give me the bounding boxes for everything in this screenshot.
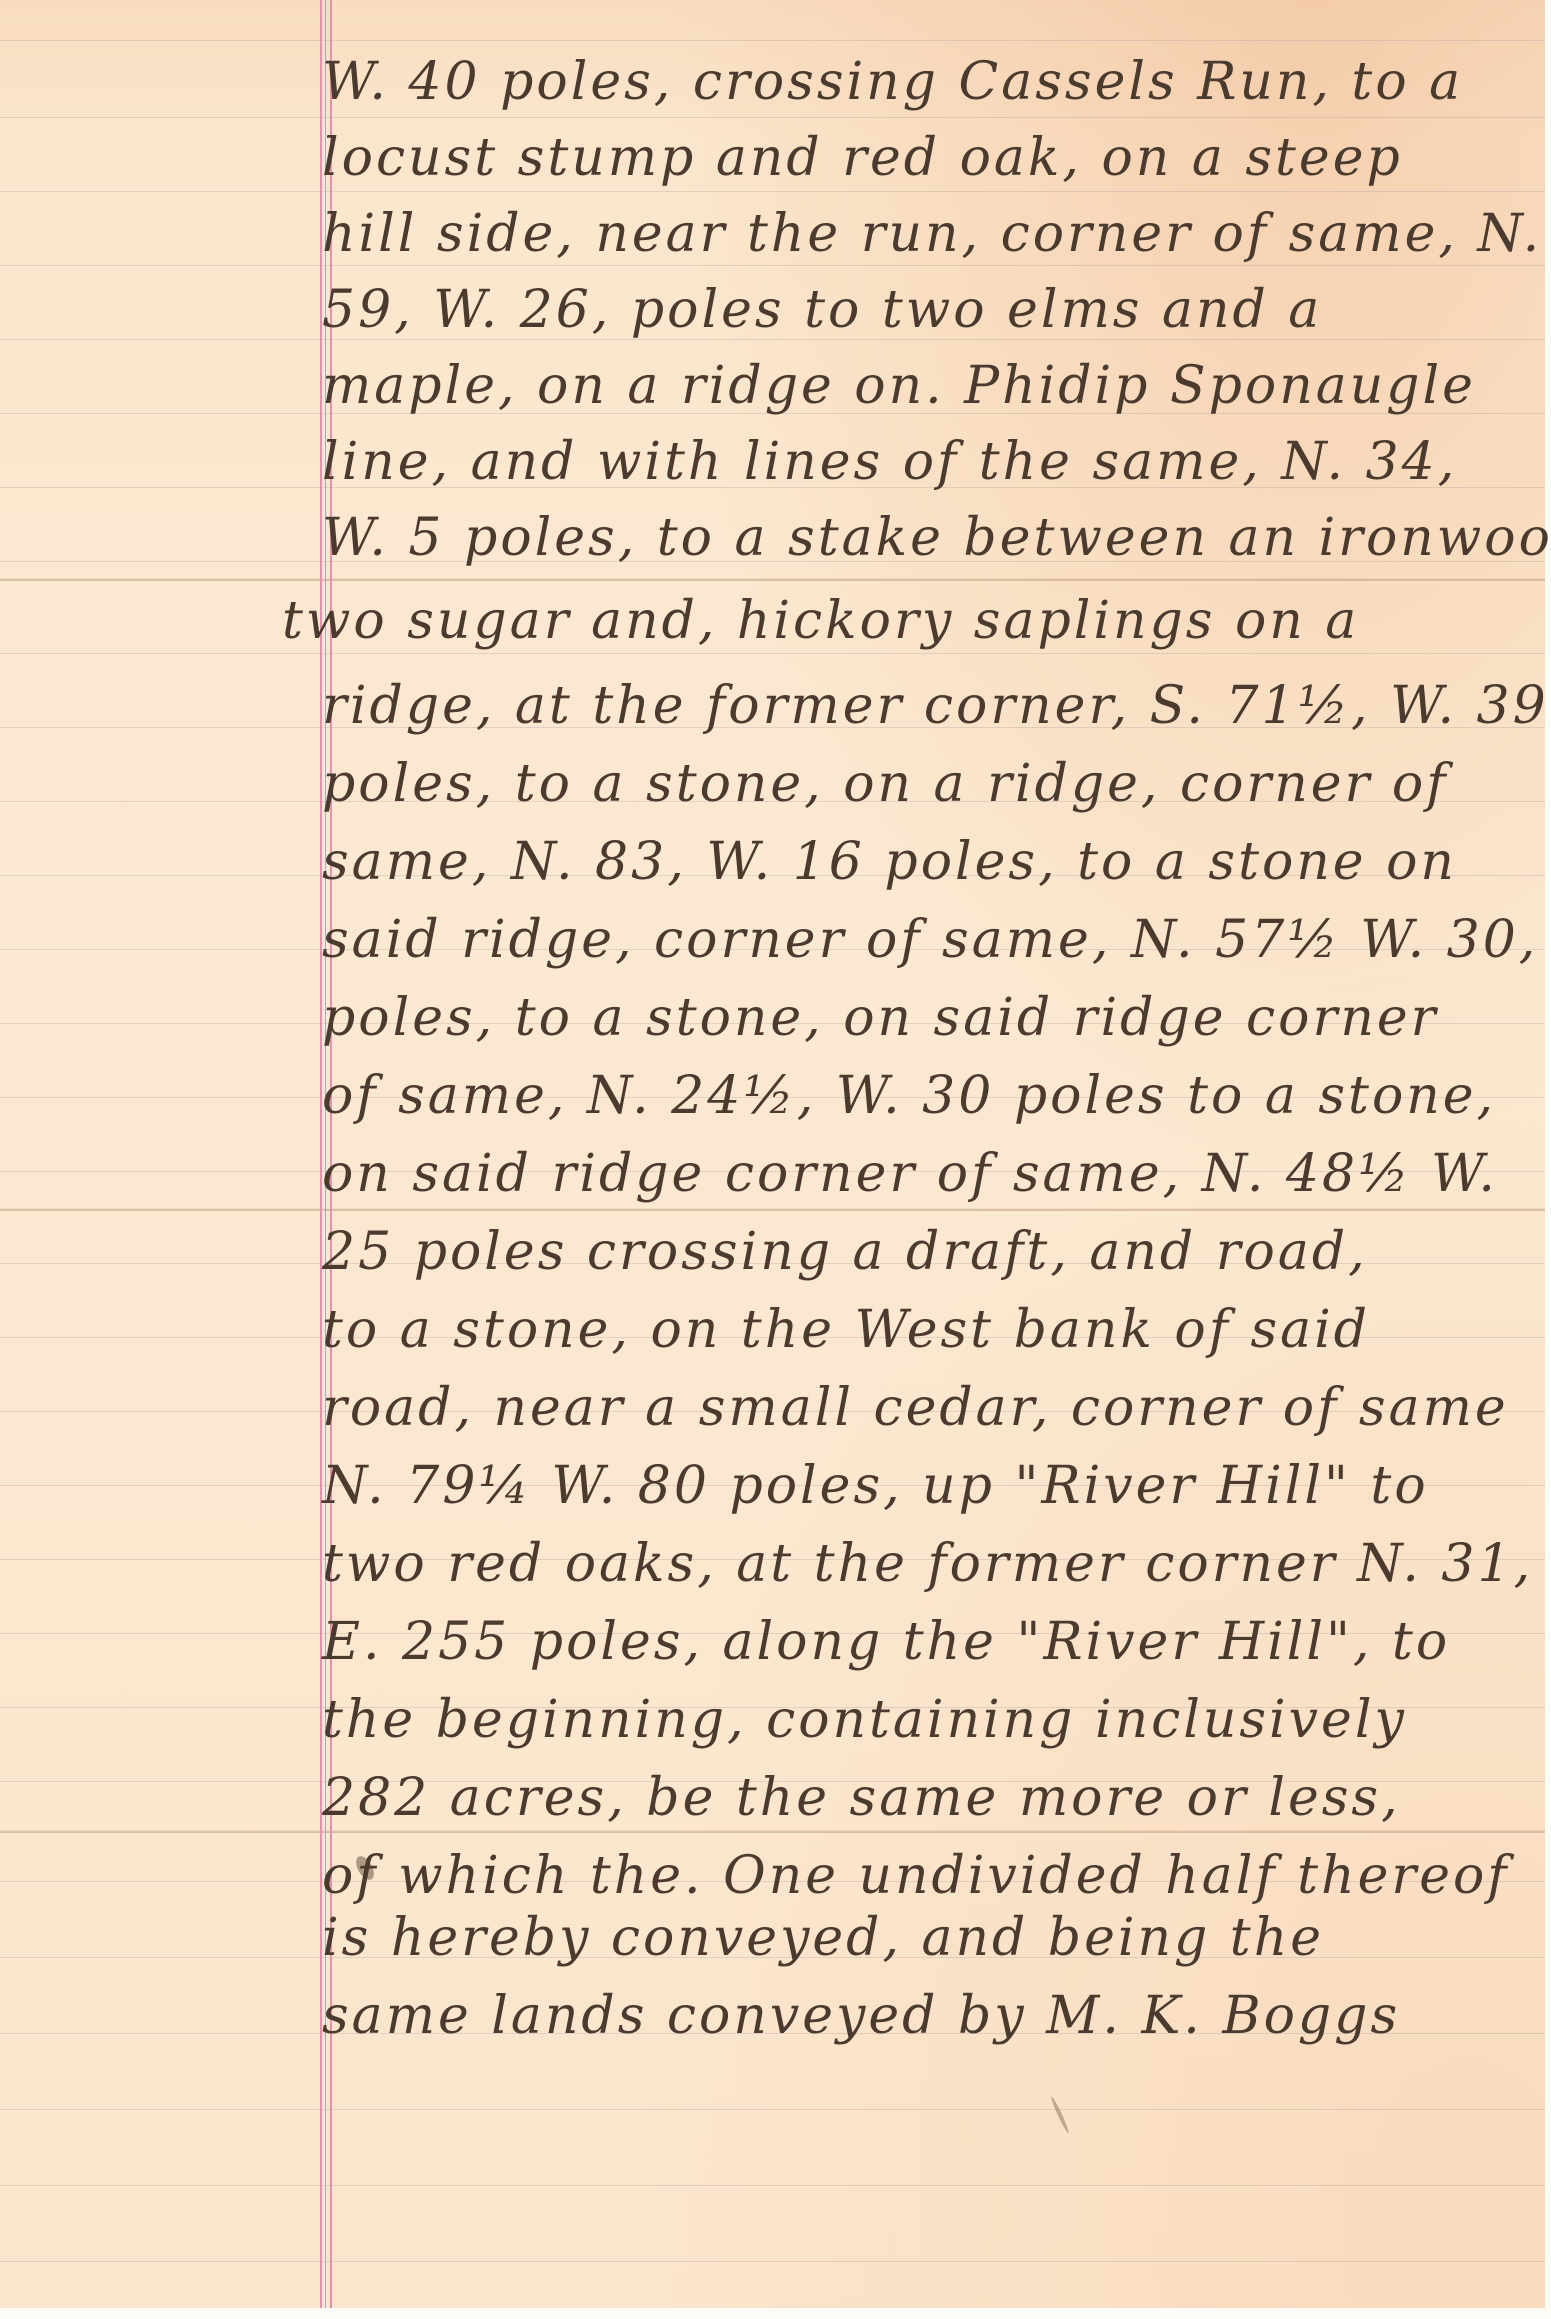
handwritten-line: E. 255 poles, along the "River Hill", to (322, 1616, 1450, 1668)
handwritten-line: 282 acres, be the same more or less, (322, 1772, 1401, 1824)
ruled-line (0, 117, 1545, 118)
fold-crease (0, 1208, 1545, 1213)
handwritten-line: road, near a small cedar, corner of same (322, 1382, 1509, 1434)
handwritten-line: two sugar and, hickory saplings on a (282, 595, 1359, 647)
ruled-line (0, 2261, 1545, 2262)
handwritten-line: 59, W. 26, poles to two elms and a (322, 284, 1322, 336)
ruled-line (0, 40, 1545, 41)
ruled-line (0, 2109, 1545, 2110)
handwritten-line: on said ridge corner of same, N. 48½ W. (322, 1148, 1498, 1200)
handwritten-line: the beginning, containing inclusively (322, 1694, 1407, 1746)
handwritten-line: W. 40 poles, crossing Cassels Run, to a (322, 56, 1463, 108)
ruled-line (0, 265, 1545, 266)
handwritten-line: hill side, near the run, corner of same,… (322, 208, 1542, 260)
handwritten-line: of which the. One undivided half thereof (322, 1850, 1510, 1902)
handwritten-line: to a stone, on the West bank of said (322, 1304, 1370, 1356)
ink-smudge (1050, 2096, 1071, 2134)
handwritten-line: 25 poles crossing a draft, and road, (322, 1226, 1368, 1278)
handwritten-line: of same, N. 24½, W. 30 poles to a stone, (322, 1070, 1496, 1122)
handwritten-line: line, and with lines of the same, N. 34, (322, 436, 1457, 488)
handwritten-line: ridge, at the former corner, S. 71½, W. … (322, 680, 1549, 732)
handwritten-line: N. 79¼ W. 80 poles, up "River Hill" to (322, 1460, 1429, 1512)
ruled-line (0, 191, 1545, 192)
handwritten-line: W. 5 poles, to a stake between an ironwo… (322, 512, 1551, 564)
handwritten-line: is hereby conveyed, and being the (322, 1912, 1324, 1964)
ruled-line (0, 653, 1545, 654)
fold-crease (0, 1830, 1545, 1835)
handwritten-line: maple, on a ridge on. Phidip Sponaugle (322, 360, 1476, 412)
handwritten-line: poles, to a stone, on a ridge, corner of (322, 758, 1448, 810)
handwritten-line: two red oaks, at the former corner N. 31… (322, 1538, 1533, 1590)
handwritten-line: same, N. 83, W. 16 poles, to a stone on (322, 836, 1457, 888)
lined-paper-page: W. 40 poles, crossing Cassels Run, to a … (0, 0, 1545, 2308)
handwritten-line: poles, to a stone, on said ridge corner (322, 992, 1438, 1044)
handwritten-line: said ridge, corner of same, N. 57½ W. 30… (322, 914, 1538, 966)
handwritten-line: same lands conveyed by M. K. Boggs (322, 1990, 1400, 2042)
handwritten-line: locust stump and red oak, on a steep (322, 132, 1403, 184)
ruled-line (0, 2185, 1545, 2186)
fold-crease (0, 578, 1545, 583)
